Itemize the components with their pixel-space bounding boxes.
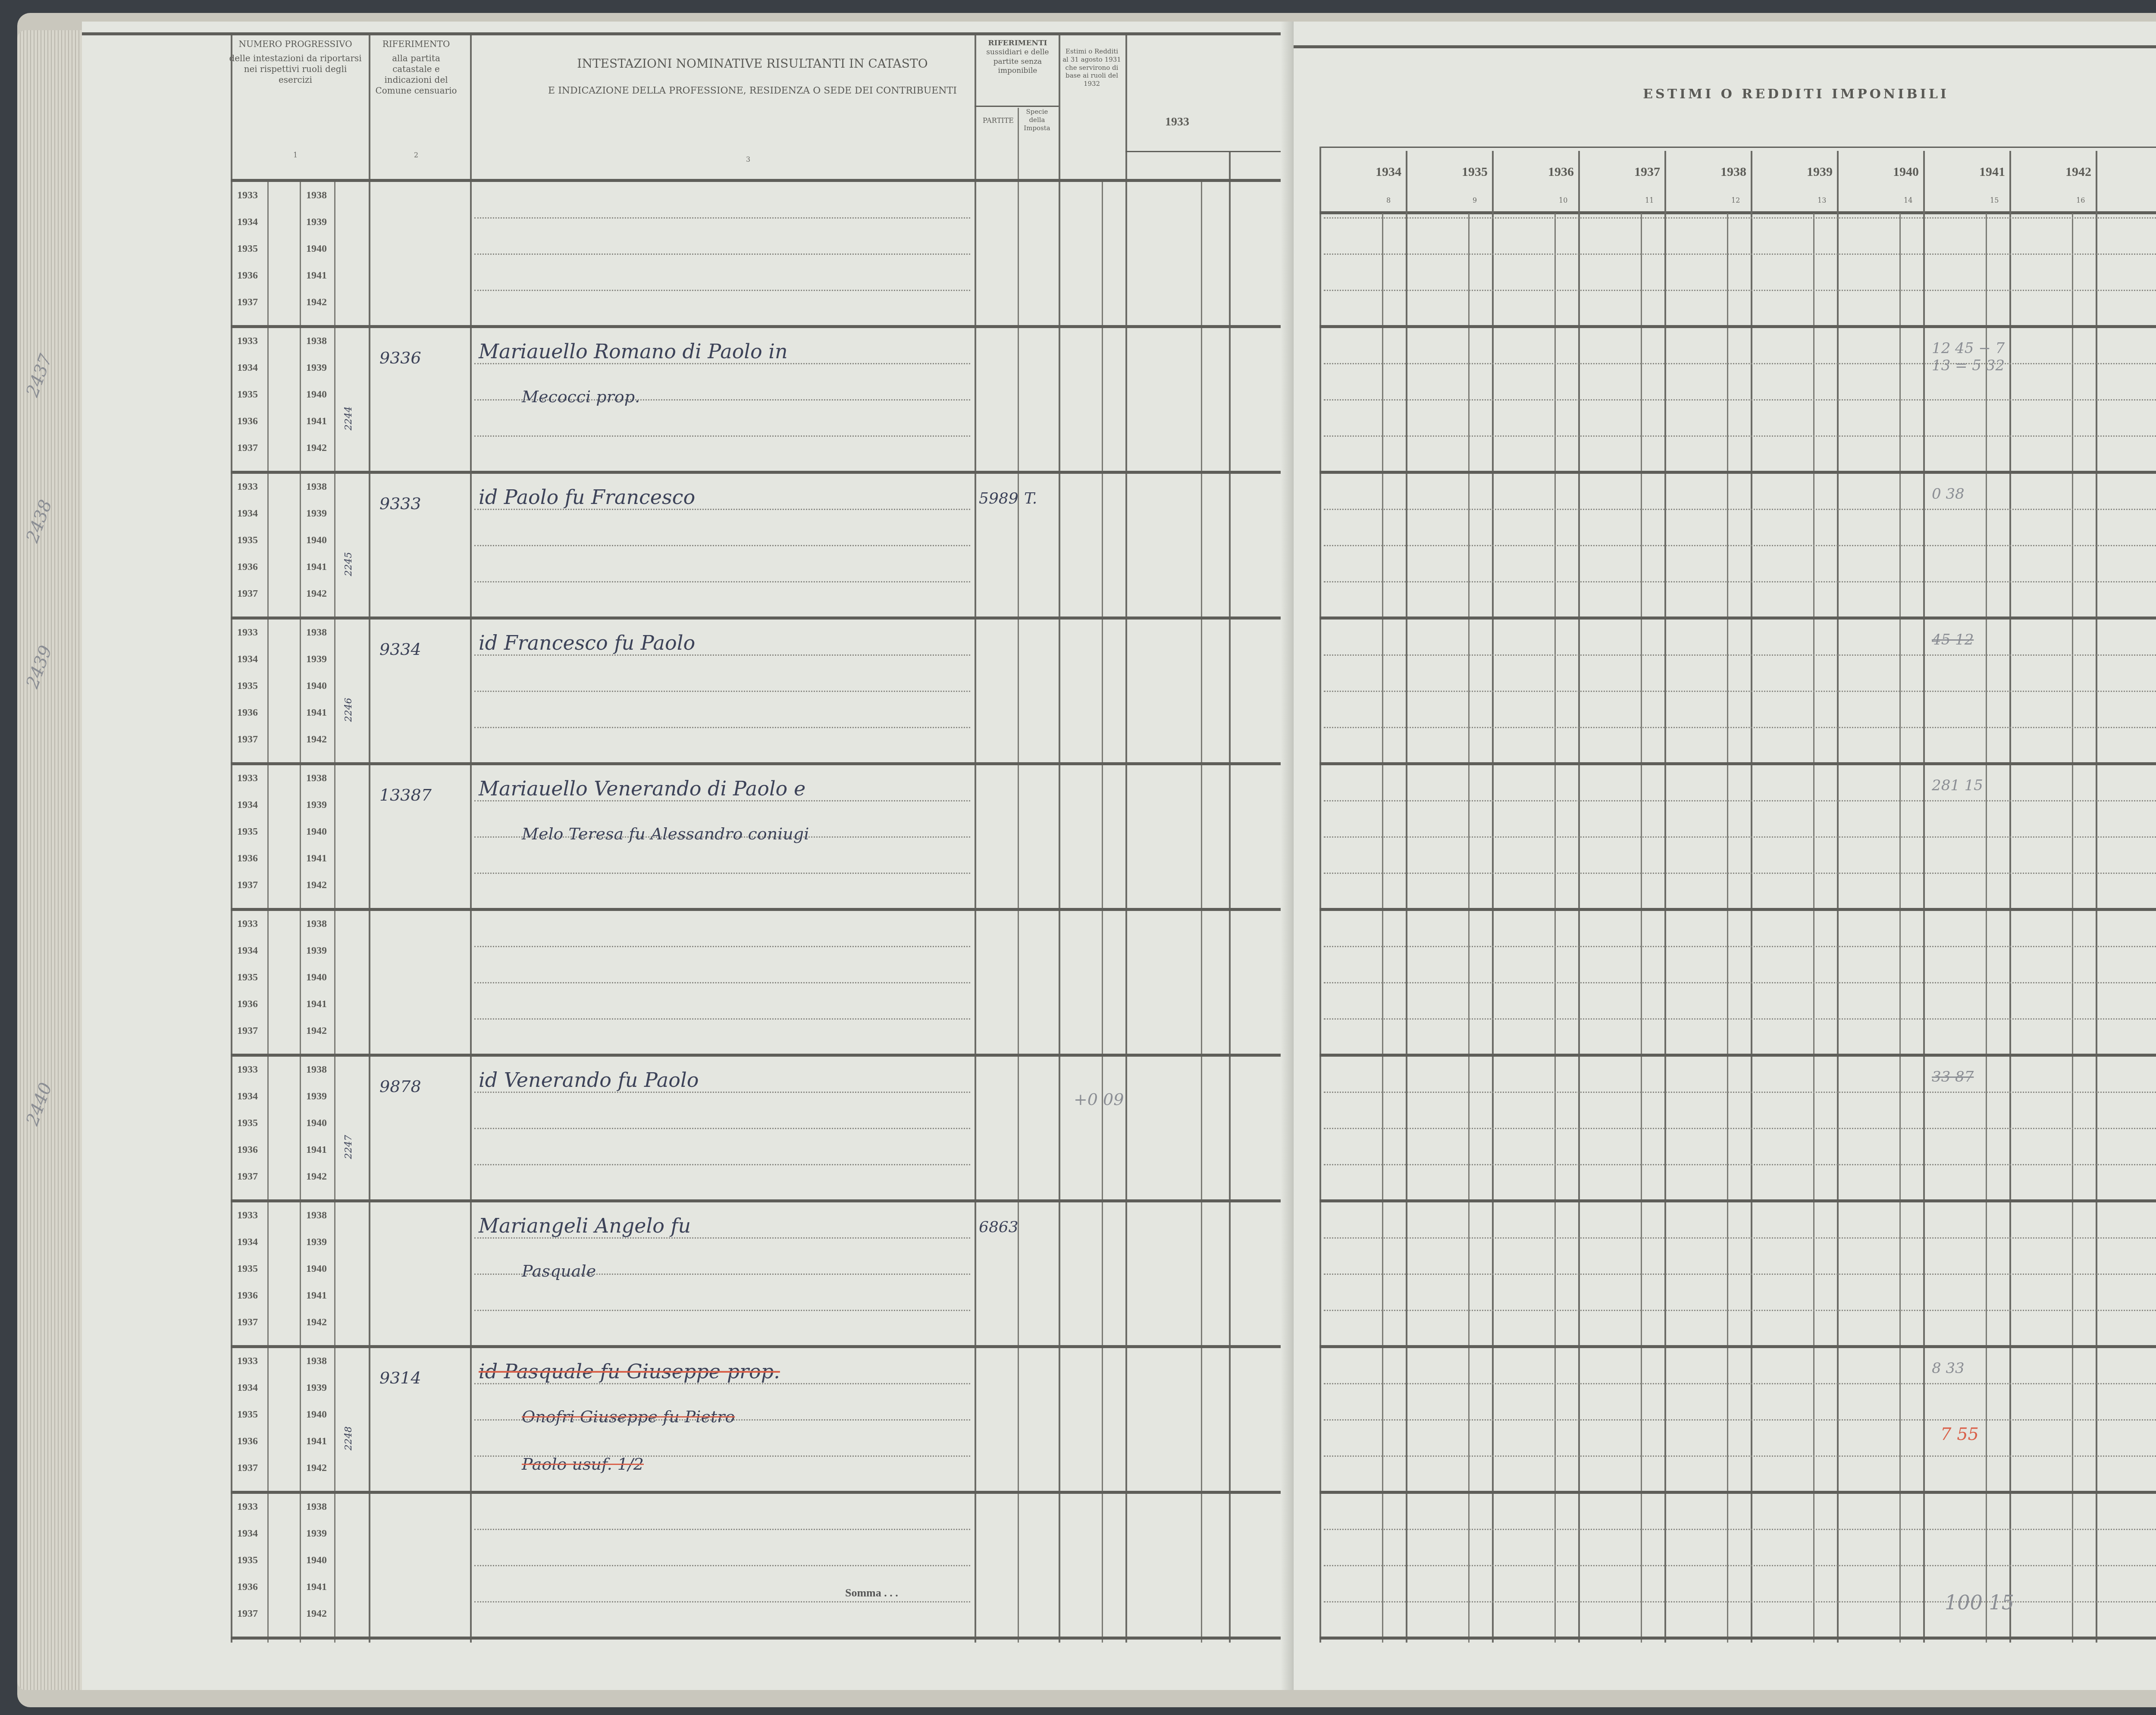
rule: [2009, 151, 2011, 1643]
year-label: 1935: [237, 972, 258, 983]
col2-sub: alla partita catastale e indicazioni del…: [375, 53, 457, 96]
dotted-line: [474, 581, 970, 582]
year-label: 1940: [306, 535, 327, 546]
riferimenti-title: RIFERIMENTI: [979, 39, 1056, 48]
owner-name: id Francesco fu Paolo: [479, 631, 695, 654]
row-separator: [1319, 1199, 2156, 1202]
year-label: 1940: [306, 1263, 327, 1275]
rule: [1201, 181, 1202, 1643]
year-label: 1937: [237, 297, 258, 308]
year-label: 1938: [306, 1355, 327, 1367]
year-label: 1941: [306, 1581, 327, 1593]
year-label: 1936: [237, 1436, 258, 1447]
row-separator: [231, 1345, 1294, 1348]
year-label: 1936: [237, 1581, 258, 1593]
col1-num: 1: [293, 151, 298, 159]
row-separator: [1319, 1637, 2156, 1640]
col3-sub: E INDICAZIONE DELLA PROFESSIONE, RESIDEN…: [487, 85, 1018, 97]
year-label: 1934: [237, 362, 258, 374]
year-label: 1942: [306, 1462, 327, 1474]
year-label: 1935: [237, 389, 258, 401]
dotted-line: [474, 982, 970, 983]
year-header: 1936: [1518, 164, 1604, 180]
year-header: 1940: [1863, 164, 1949, 180]
dotted-line: [1324, 1237, 2156, 1239]
year-label: 1939: [306, 1528, 327, 1540]
year-col-num: 11: [1645, 196, 1654, 204]
year-label: 1941: [306, 1436, 327, 1447]
dotted-line: [474, 1092, 970, 1093]
dotted-line: [474, 509, 970, 510]
dotted-line: [1324, 836, 2156, 838]
row-separator: [231, 325, 1294, 328]
dotted-line: [474, 800, 970, 801]
year-col-num: 10: [1559, 196, 1567, 204]
dotted-line: [474, 873, 970, 874]
rule: [1294, 45, 2156, 48]
rule: [1664, 151, 1666, 1643]
year-label: 1934: [237, 799, 258, 811]
row-separator: [1319, 1491, 2156, 1494]
year-label: 1941: [306, 1144, 327, 1156]
year-label: 1939: [306, 508, 327, 520]
year-label: 1935: [237, 680, 258, 692]
row-separator: [1319, 325, 2156, 328]
year-label: 1939: [306, 1236, 327, 1248]
year-label: 1934: [237, 654, 258, 665]
year-label: 1934: [237, 1236, 258, 1248]
year-label: 1939: [306, 1091, 327, 1102]
dotted-line: [1324, 691, 2156, 692]
dotted-line: [474, 545, 970, 546]
rule: [2072, 213, 2073, 1643]
catasto-reference: 9334: [379, 640, 421, 659]
row-separator: [1319, 617, 2156, 620]
dotted-line: [474, 1601, 970, 1602]
col1-title: NUMERO PROGRESSIVO: [229, 39, 362, 50]
dotted-line: [474, 253, 970, 255]
page-stack-left: [17, 30, 82, 1690]
year-label: 1937: [237, 879, 258, 891]
year-label: 1935: [237, 826, 258, 838]
col3-num: 3: [746, 155, 750, 163]
ref-number: 2246: [343, 698, 354, 722]
year-label: 1942: [306, 1608, 327, 1620]
catasto-reference: 9333: [379, 494, 421, 513]
dotted-line: [474, 435, 970, 437]
dotted-line: [1324, 509, 2156, 510]
year-label: 1938: [306, 190, 327, 201]
row-separator: [231, 908, 1294, 911]
right-page: Mod. 111 - Imposte Dirette (Intercalare)…: [1294, 22, 2156, 1690]
year-col-num: 14: [1904, 196, 1912, 204]
year-label: 1937: [237, 1317, 258, 1328]
rule: [975, 106, 1059, 107]
year-label: 1939: [306, 1382, 327, 1394]
owner-name: Mecocci prop.: [522, 387, 640, 406]
dotted-line: [474, 1383, 970, 1384]
value-1941: 8 33: [1932, 1360, 2005, 1377]
year-label: 1934: [237, 945, 258, 957]
year-label: 1939: [306, 799, 327, 811]
dotted-line: [1324, 1092, 2156, 1093]
owner-name: id Venerando fu Paolo: [479, 1068, 699, 1092]
year-label: 1942: [306, 734, 327, 745]
year-label: 1942: [306, 588, 327, 600]
year-label: 1941: [306, 270, 327, 282]
row-separator: [1319, 1345, 2156, 1348]
dotted-line: [474, 1237, 970, 1239]
ref-number: 2247: [343, 1135, 354, 1159]
rule: [267, 181, 269, 1643]
year-label: 1942: [306, 1025, 327, 1037]
year-label: 1938: [306, 773, 327, 784]
year-label: 1941: [306, 561, 327, 573]
dotted-line: [1324, 1128, 2156, 1129]
year-label: 1936: [237, 270, 258, 282]
dotted-line: [1324, 1529, 2156, 1530]
year-label: 1940: [306, 389, 327, 401]
rule: [334, 181, 335, 1643]
dotted-line: [1324, 727, 2156, 728]
row-separator: [1319, 762, 2156, 765]
row-separator: [231, 1491, 1294, 1494]
dotted-line: [474, 1128, 970, 1129]
rule: [1813, 213, 1814, 1643]
value-1941: 281 15: [1932, 777, 2005, 794]
year-label: 1936: [237, 707, 258, 719]
year-label: 1936: [237, 1290, 258, 1302]
dotted-line: [1324, 545, 2156, 546]
year-label: 1935: [237, 535, 258, 546]
owner-name: Mariangeli Angelo fu: [479, 1214, 691, 1237]
estimi-title: ESTIMI O REDDITI IMPONIBILI: [1328, 86, 2156, 103]
dotted-line: [474, 946, 970, 947]
somma-value: 100 15: [1945, 1591, 2014, 1614]
year-label: 1934: [237, 1382, 258, 1394]
year-header: 1942: [2035, 164, 2122, 180]
dotted-line: [474, 1565, 970, 1566]
rule: [2096, 151, 2097, 1643]
rule: [1578, 151, 1580, 1643]
col2-title: RIFERIMENTO: [375, 39, 457, 50]
owner-name: Pasquale: [522, 1261, 596, 1280]
year-label: 1938: [306, 335, 327, 347]
row-separator: [1319, 471, 2156, 474]
year-label: 1940: [306, 1409, 327, 1421]
year-label: 1933: [237, 335, 258, 347]
year-label: 1936: [237, 998, 258, 1010]
year-label: 1936: [237, 416, 258, 427]
year-label: 1938: [306, 918, 327, 930]
year-label: 1935: [237, 1555, 258, 1566]
rule: [82, 32, 1294, 35]
year-label: 1934: [237, 508, 258, 520]
col4-title: PARTITE: [979, 116, 1018, 125]
year-label: 1936: [237, 1144, 258, 1156]
dotted-line: [1324, 1565, 2156, 1566]
rule: [369, 34, 370, 1643]
year-label: 1936: [237, 561, 258, 573]
year-col-num: 8: [1386, 196, 1391, 204]
riferimenti-sub: sussidiari e delle partite senza imponib…: [979, 48, 1056, 75]
dotted-line: [474, 1018, 970, 1020]
year-label: 1939: [306, 945, 327, 957]
value-1941: 12 45 − 7 13 = 5 32: [1932, 340, 2005, 374]
row-separator: [1319, 1054, 2156, 1057]
year-label: 1937: [237, 1462, 258, 1474]
value-1941: 33 87: [1932, 1068, 2005, 1086]
year-label: 1939: [306, 362, 327, 374]
year-header: 1934: [1345, 164, 1432, 180]
rule: [1986, 213, 1987, 1643]
year-label: 1939: [306, 216, 327, 228]
dotted-line: [1324, 1164, 2156, 1165]
value-1941: 0 38: [1932, 485, 2005, 503]
dotted-line: [474, 1164, 970, 1165]
year-label: 1934: [237, 216, 258, 228]
header-col3: INTESTAZIONI NOMINATIVE RISULTANTI IN CA…: [487, 56, 1018, 97]
value-1941-corrected: 7 55: [1940, 1424, 1979, 1444]
col1-sub: delle intestazioni da riportarsi nei ris…: [229, 53, 362, 85]
year-label: 1940: [306, 1117, 327, 1129]
header-riferimenti: RIFERIMENTI sussidiari e delle partite s…: [979, 39, 1056, 75]
year-label: 1937: [237, 1608, 258, 1620]
year-label: 1933: [237, 1210, 258, 1221]
year-label: 1940: [306, 826, 327, 838]
col7-title: 1933: [1138, 114, 1216, 129]
dotted-line: [474, 1310, 970, 1311]
col5-title: Specie della Imposta: [1018, 108, 1056, 132]
ref-number: 2244: [343, 407, 354, 431]
dotted-line: [1324, 1274, 2156, 1275]
dotted-line: [1324, 290, 2156, 291]
dotted-line: [474, 691, 970, 692]
year-col-num: 16: [2076, 196, 2085, 204]
year-label: 1940: [306, 972, 327, 983]
rule: [1641, 213, 1642, 1643]
rule: [1125, 34, 1127, 1643]
catasto-reference: 13387: [379, 786, 432, 804]
row-separator: [231, 617, 1294, 620]
rule: [1492, 151, 1494, 1643]
header-col1: NUMERO PROGRESSIVO delle intestazioni da…: [229, 39, 362, 85]
year-label: 1938: [306, 627, 327, 638]
dotted-line: [1324, 654, 2156, 656]
year-label: 1941: [306, 1290, 327, 1302]
year-header: 1938: [1690, 164, 1777, 180]
rule: [231, 179, 1294, 182]
year-label: 1937: [237, 588, 258, 600]
dotted-line: [1324, 800, 2156, 801]
catasto-reference: 9336: [379, 348, 421, 367]
rule: [1727, 213, 1728, 1643]
rule: [1319, 211, 2156, 214]
ref-number: 2245: [343, 552, 354, 576]
dotted-line: [1324, 1601, 2156, 1602]
year-label: 1942: [306, 1317, 327, 1328]
year-label: 1938: [306, 1064, 327, 1076]
year-label: 1942: [306, 1171, 327, 1183]
dotted-line: [1324, 1310, 2156, 1311]
year-label: 1934: [237, 1091, 258, 1102]
dotted-line: [1324, 946, 2156, 947]
rule: [975, 34, 976, 1643]
year-label: 1937: [237, 1171, 258, 1183]
owner-name: Onofri Giuseppe fu Pietro: [522, 1407, 735, 1426]
rule: [300, 181, 301, 1643]
year-col-num: 9: [1473, 196, 1477, 204]
rule: [1554, 213, 1556, 1643]
year-label: 1935: [237, 1117, 258, 1129]
rule: [470, 34, 472, 1643]
year-label: 1933: [237, 1064, 258, 1076]
owner-name: Paolo usuf. 1/2: [522, 1455, 644, 1474]
owner-name: id Paolo fu Francesco: [479, 485, 695, 509]
header-col2: RIFERIMENTO alla partita catastale e ind…: [375, 39, 457, 96]
owner-name: Mariauello Venerando di Paolo e: [479, 777, 805, 800]
rule: [1319, 147, 1321, 1643]
dotted-line: [474, 727, 970, 728]
dotted-line: [1324, 1383, 2156, 1384]
year-label: 1942: [306, 297, 327, 308]
row-separator: [231, 1637, 1294, 1640]
dotted-line: [474, 1529, 970, 1530]
year-label: 1933: [237, 918, 258, 930]
owner-name: Melo Teresa fu Alessandro coniugi: [522, 824, 809, 843]
year-header: 1935: [1432, 164, 1518, 180]
year-label: 1942: [306, 442, 327, 454]
year-label: 1941: [306, 707, 327, 719]
left-page: NUMERO PROGRESSIVO delle intestazioni da…: [82, 22, 1294, 1690]
dotted-line: [1324, 363, 2156, 364]
year-label: 1937: [237, 442, 258, 454]
year-col-num: 12: [1731, 196, 1740, 204]
dotted-line: [1324, 982, 2156, 983]
col2-num: 2: [414, 151, 418, 159]
row-separator: [231, 1199, 1294, 1202]
year-label: 1941: [306, 853, 327, 864]
row-separator: [1319, 908, 2156, 911]
rule: [1923, 151, 1925, 1643]
rule: [1229, 151, 1231, 1643]
rule: [231, 34, 232, 1643]
dotted-line: [474, 217, 970, 219]
year-label: 1933: [237, 773, 258, 784]
year-label: 1936: [237, 853, 258, 864]
specie-value: T.: [1024, 490, 1037, 507]
year-label: 1942: [306, 879, 327, 891]
year-label: 1941: [306, 998, 327, 1010]
dotted-line: [1324, 1018, 2156, 1020]
year-label: 1933: [237, 1501, 258, 1513]
dotted-line: [474, 363, 970, 364]
year-label: 1940: [306, 680, 327, 692]
dotted-line: [1324, 1419, 2156, 1421]
year-label: 1933: [237, 481, 258, 493]
partite-value: 6863: [979, 1218, 1018, 1236]
ref-number: 2248: [343, 1427, 354, 1451]
year-label: 1934: [237, 1528, 258, 1540]
rule: [1102, 181, 1103, 1643]
rule: [1319, 147, 2156, 148]
dotted-line: [1324, 581, 2156, 582]
rule: [1837, 151, 1839, 1643]
rule: [1468, 213, 1470, 1643]
value-1941: 45 12: [1932, 631, 2005, 648]
year-label: 1933: [237, 627, 258, 638]
catasto-reference: 9878: [379, 1077, 421, 1096]
rule: [1018, 108, 1019, 1643]
year-label: 1938: [306, 1210, 327, 1221]
estimo-1931-value: +0 09: [1074, 1090, 1124, 1109]
rule: [1125, 151, 1294, 152]
rule: [1751, 151, 1752, 1643]
year-label: 1935: [237, 243, 258, 255]
row-separator: [231, 471, 1294, 474]
owner-name: id Pasquale fu Giuseppe prop.: [479, 1360, 780, 1383]
row-separator: [231, 762, 1294, 765]
dotted-line: [1324, 253, 2156, 255]
rule: [1059, 34, 1060, 1643]
dotted-line: [1324, 873, 2156, 874]
dotted-line: [474, 290, 970, 291]
year-header: 1939: [1777, 164, 1863, 180]
partite-value: 5989: [979, 490, 1018, 507]
year-label: 1940: [306, 1555, 327, 1566]
year-label: 1935: [237, 1263, 258, 1275]
year-label: 1938: [306, 1501, 327, 1513]
year-col-num: 13: [1818, 196, 1826, 204]
year-col-num: 15: [1990, 196, 1999, 204]
year-label: 1937: [237, 734, 258, 745]
dotted-line: [474, 654, 970, 656]
year-label: 1933: [237, 1355, 258, 1367]
col6-title: Estimi o Redditi al 31 agosto 1931 che s…: [1062, 47, 1122, 88]
year-header: 1941: [1949, 164, 2035, 180]
owner-name: Mariauello Romano di Paolo in: [479, 340, 788, 363]
dotted-line: [1324, 1455, 2156, 1457]
year-header: 1937: [1604, 164, 1690, 180]
year-label: 1939: [306, 654, 327, 665]
year-label: 1938: [306, 481, 327, 493]
year-label: 1941: [306, 416, 327, 427]
year-label: 1937: [237, 1025, 258, 1037]
catasto-reference: 9314: [379, 1368, 421, 1387]
dotted-line: [1324, 399, 2156, 401]
col3-title: INTESTAZIONI NOMINATIVE RISULTANTI IN CA…: [487, 56, 1018, 71]
year-label: 1933: [237, 190, 258, 201]
dotted-line: [1324, 217, 2156, 219]
rule: [1899, 213, 1901, 1643]
row-separator: [231, 1054, 1294, 1057]
dotted-line: [1324, 435, 2156, 437]
year-label: 1940: [306, 243, 327, 255]
year-label: 1935: [237, 1409, 258, 1421]
somma-label: Somma . . .: [845, 1587, 898, 1599]
rule: [1382, 213, 1383, 1643]
rule: [1406, 151, 1407, 1643]
